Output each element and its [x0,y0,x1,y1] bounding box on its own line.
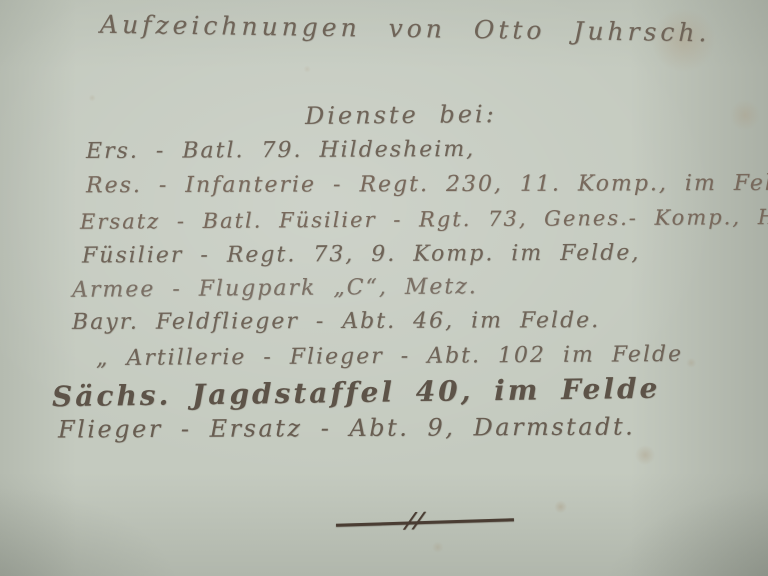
document-page: Aufzeichnungen von Otto Juhrsch. Dienste… [0,0,768,576]
entry-line-artillerie-flieger-abt-102: „ Artillerie - Flieger - Abt. 102 im Fel… [96,342,683,371]
section-heading: Dienste bei: [305,100,497,130]
entry-line-fuesilier-regt-73: Füsilier - Regt. 73, 9. Komp. im Felde, [82,241,640,269]
entry-line-res-infanterie-regt-230: Res. - Infanterie - Regt. 230, 11. Komp.… [86,171,768,199]
entry-line-bayr-feldflieger-abt-46: Bayr. Feldflieger - Abt. 46, im Felde. [72,308,600,335]
entry-line-flieger-ersatz-abt-9: Flieger - Ersatz - Abt. 9, Darmstadt. [58,412,635,443]
divider-slashes-mark: // [400,508,423,533]
section-end-divider-line: // [336,518,514,527]
entry-line-ersatz-batl-fuesilier-rgt-73: Ersatz - Batl. Füsilier - Rgt. 73, Genes… [80,204,768,234]
entry-line-ers-batl-79: Ers. - Batl. 79. Hildesheim, [86,137,475,164]
page-title: Aufzeichnungen von Otto Juhrsch. [100,10,711,48]
entry-line-saechs-jagdstaffel-40: Sächs. Jagdstaffel 40, im Felde [52,372,661,413]
entry-line-armee-flugpark-c: Armee - Flugpark „C“, Metz. [72,274,478,303]
